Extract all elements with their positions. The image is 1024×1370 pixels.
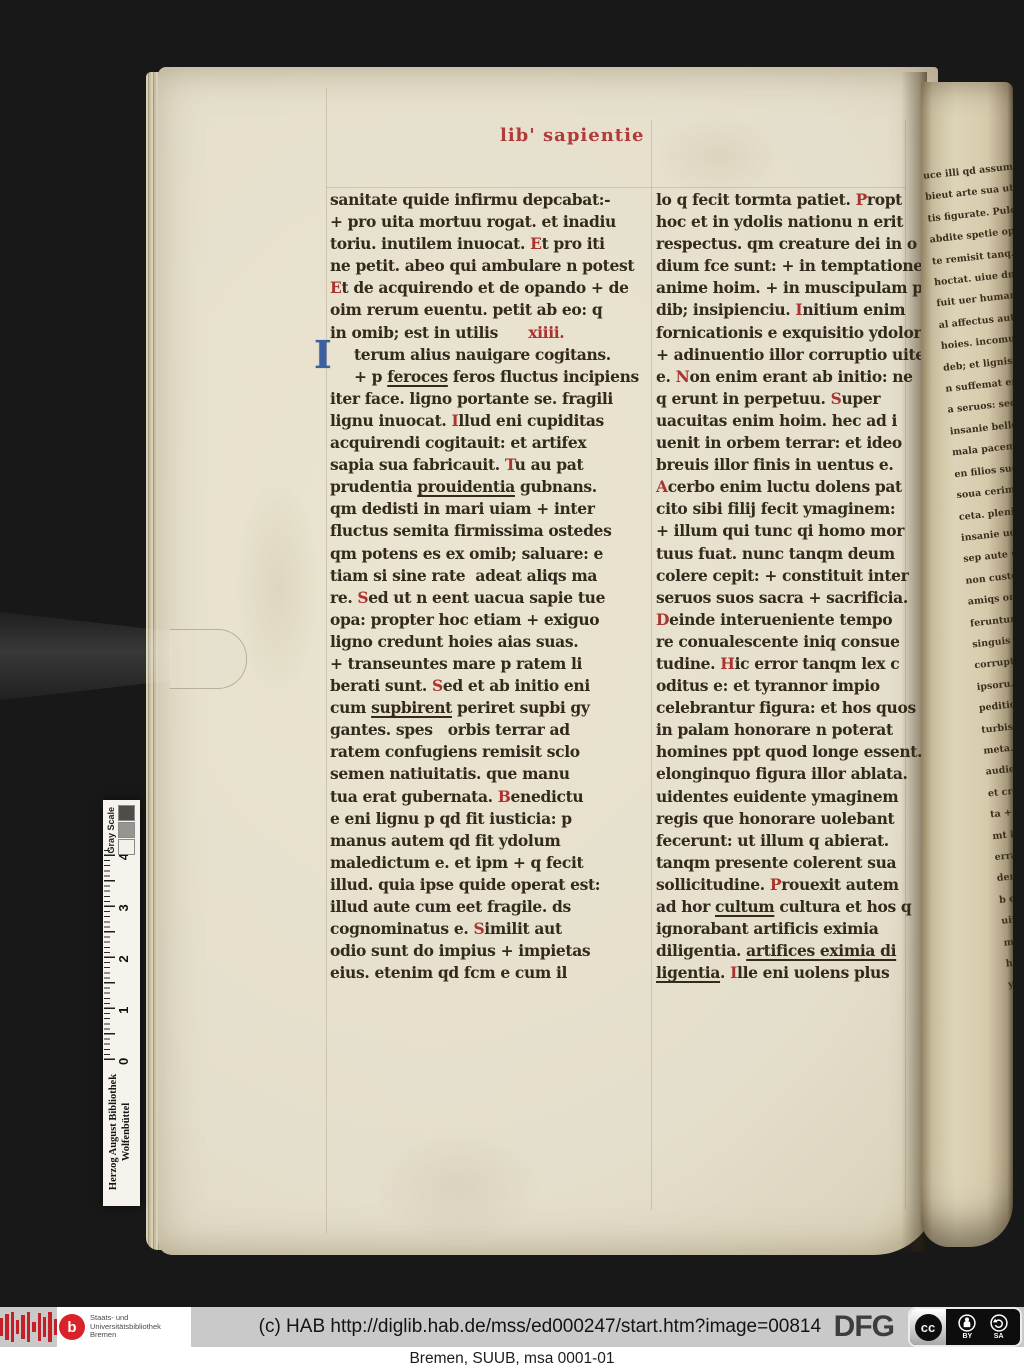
ruling-line <box>326 187 906 188</box>
manuscript-line: acquirendi cogitauit: et artifex <box>330 433 658 455</box>
ruling-line <box>326 88 327 1233</box>
gray-scale-square-light <box>118 839 135 855</box>
manuscript-line: toriu. inutilem inuocat. Et pro iti <box>330 234 658 256</box>
cc-sa-item: SA <box>989 1313 1009 1341</box>
manuscript-line: + transeuntes mare p ratem li <box>330 654 658 676</box>
footer-bar: b Staats- und Universitätsbibliothek Bre… <box>0 1307 1024 1347</box>
manuscript-line: qm potens es ex omib; saluare: e <box>330 544 658 566</box>
ruler-institution: Herzog August Bibliothek Wolfenbüttel <box>108 1062 133 1202</box>
shelfmark-caption: Bremen, SUUB, msa 0001-01 <box>409 1350 614 1368</box>
manuscript-line: + pro uita mortuu rogat. et inadiu <box>330 212 658 234</box>
copyright-bar: (c) HAB http://diglib.hab.de/mss/ed00024… <box>191 1307 1024 1347</box>
cc-badge-right: BY SA <box>946 1309 1020 1345</box>
reference-ruler: Herzog August Bibliothek Wolfenbüttel 01… <box>103 800 140 1206</box>
manuscript-line: terum alius nauigare cogitans. <box>330 345 658 367</box>
manuscript-line: lignu inuocat. Illud eni cupiditas <box>330 411 658 433</box>
gray-scale-squares <box>118 805 135 855</box>
manuscript-line: + p feroces feros fluctus incipiens <box>330 367 658 389</box>
bremen-logo-line3: Bremen <box>90 1331 161 1340</box>
manuscript-line: cum supbirent periret supbi gy <box>330 698 658 720</box>
ruler-number: 3 <box>116 904 131 911</box>
ruler-institution-line1: Herzog August Bibliothek <box>108 1062 121 1202</box>
manuscript-line: illud aute cum eet fragile. ds <box>330 897 658 919</box>
manuscript-line: berati sunt. Sed et ab initio eni <box>330 676 658 698</box>
manuscript-line: ratem confugiens remisit sclo <box>330 742 658 764</box>
manuscript-line: maledictum e. et ipm + q fecit <box>330 853 658 875</box>
manuscript-line: cognominatus e. Similit aut <box>330 919 658 941</box>
manuscript-line: re. Sed ut n eent uacua sapie tue <box>330 588 658 610</box>
manuscript-line: manus autem qd fit ydolum <box>330 831 658 853</box>
manuscript-line: ne petit. abeo qui ambulare n potest <box>330 256 658 278</box>
manuscript-line: odio sunt do impius + impietas <box>330 941 658 963</box>
photo-area: lib' sapientie I sanitate quide infirmu … <box>0 0 1024 1307</box>
manuscript-line: e eni lignu p qd fit iusticia: p <box>330 809 658 831</box>
ruler-number: 0 <box>116 1058 131 1065</box>
facing-page: uce illi qd assumpsitbieut arte sua ut s… <box>921 82 1013 1247</box>
cc-by-item: BY <box>957 1313 977 1341</box>
running-title: lib' sapientie <box>500 125 644 146</box>
cc-badge-left: cc <box>910 1309 946 1345</box>
caption-bar: Bremen, SUUB, msa 0001-01 <box>0 1347 1024 1370</box>
cc-by-label: BY <box>962 1333 972 1341</box>
copyright-text: (c) HAB http://diglib.hab.de/mss/ed00024… <box>191 1316 834 1338</box>
suub-barcode-logo <box>0 1307 57 1347</box>
film-strip-tip <box>170 629 247 689</box>
manuscript-line: opa: propter hoc etiam + exiguo <box>330 610 658 632</box>
manuscript-line: illud. quia ipse quide operat est: <box>330 875 658 897</box>
ruler-major-ticks <box>104 846 115 1060</box>
manuscript-line: prudentia prouidentia gubnans. <box>330 477 658 499</box>
gray-scale-label: Gray Scale <box>106 807 116 854</box>
ruler-institution-line2: Wolfenbüttel <box>121 1062 134 1202</box>
ruler-number: 1 <box>116 1007 131 1014</box>
dfg-logo: DFG <box>834 1310 894 1344</box>
suub-bremen-logo: b Staats- und Universitätsbibliothek Bre… <box>57 1307 191 1347</box>
cc-icon: cc <box>915 1314 942 1341</box>
manuscript-line: qm dedisti in mari uiam + inter <box>330 499 658 521</box>
gray-scale-square-mid <box>118 822 135 838</box>
manuscript-line: sanitate quide infirmu depcabat:- <box>330 190 658 212</box>
manuscript-line: oim rerum euentu. petit ab eo: q <box>330 300 658 322</box>
gray-scale-square-dark <box>118 805 135 821</box>
manuscript-line: Et de acquirendo et de opando + de <box>330 278 658 300</box>
manuscript-line: iter face. ligno portante se. fragili <box>330 389 658 411</box>
bremen-logo-text: Staats- und Universitätsbibliothek Breme… <box>90 1314 161 1340</box>
facing-page-text: uce illi qd assumpsitbieut arte sua ut s… <box>922 148 1013 996</box>
manuscript-line: tiam si sine rate adeat aliqs ma <box>330 566 658 588</box>
ruler-numbers: 01234 <box>116 853 131 1065</box>
manuscript-line: eius. etenim qd fcm e cum il <box>330 963 658 985</box>
bremen-b-icon: b <box>59 1314 85 1340</box>
manuscript-line: gantes. spes orbis terrar ad <box>330 720 658 742</box>
manuscript-line: in omib; est in utilis xiiii. <box>330 323 658 345</box>
manuscript-line: ligno credunt hoies aias suas. <box>330 632 658 654</box>
cc-sa-icon <box>989 1313 1009 1333</box>
scan-root: lib' sapientie I sanitate quide infirmu … <box>0 0 1024 1370</box>
text-column-left: sanitate quide infirmu depcabat:-+ pro u… <box>330 190 658 985</box>
manuscript-line: fluctus semita firmissima ostedes <box>330 521 658 543</box>
cc-sa-label: SA <box>994 1333 1004 1341</box>
manuscript-line: tua erat gubernata. Benedictu <box>330 787 658 809</box>
cc-by-icon <box>957 1313 977 1333</box>
cc-license-badge: cc BY <box>908 1307 1022 1347</box>
manuscript-line: sapia sua fabricauit. Tu au pat <box>330 455 658 477</box>
ruler-number: 2 <box>116 955 131 962</box>
manuscript-line: semen natiuitatis. que manu <box>330 764 658 786</box>
